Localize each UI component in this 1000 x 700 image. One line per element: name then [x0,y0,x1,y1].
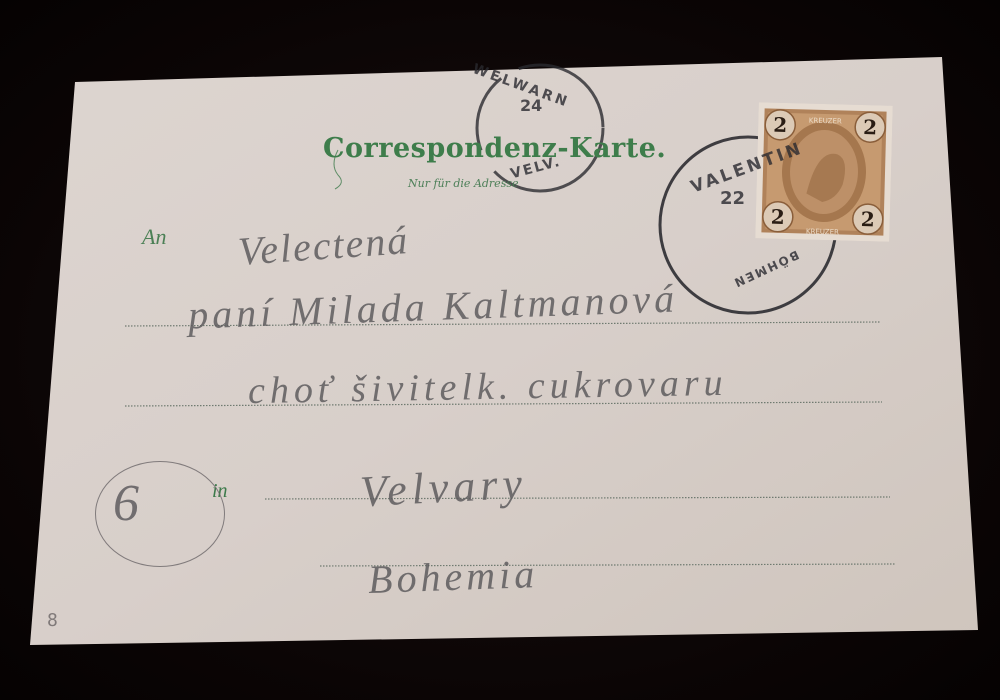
card-subtitle: Nur für die Adresse [408,177,519,190]
stamp-currency: KREUZER [809,117,842,126]
stamp-value-bl: 2 [771,205,786,229]
postmark-welwarn-day: 24 [520,96,542,115]
circled-number: 6 [113,474,139,533]
stamp-value-tl: 2 [773,113,788,137]
stamp-value-br: 2 [861,207,876,231]
handwritten-region: Bohemia [367,550,539,603]
svg-text:KREUZER: KREUZER [806,228,839,237]
address-prefix-label: An [142,224,166,250]
handwritten-recipient-title: choť šivitelk. cukrovaru [248,361,728,413]
stamp-value-tr: 2 [863,115,878,139]
postage-stamp: 2 2 2 2 KREUZER KREUZER [755,102,893,241]
handwritten-town: Velvary [359,458,528,518]
postmark-valentin-day: 22 [720,188,745,209]
card-title: Correspondenz-Karte. [323,133,666,164]
corner-mark: 8 [47,610,58,631]
